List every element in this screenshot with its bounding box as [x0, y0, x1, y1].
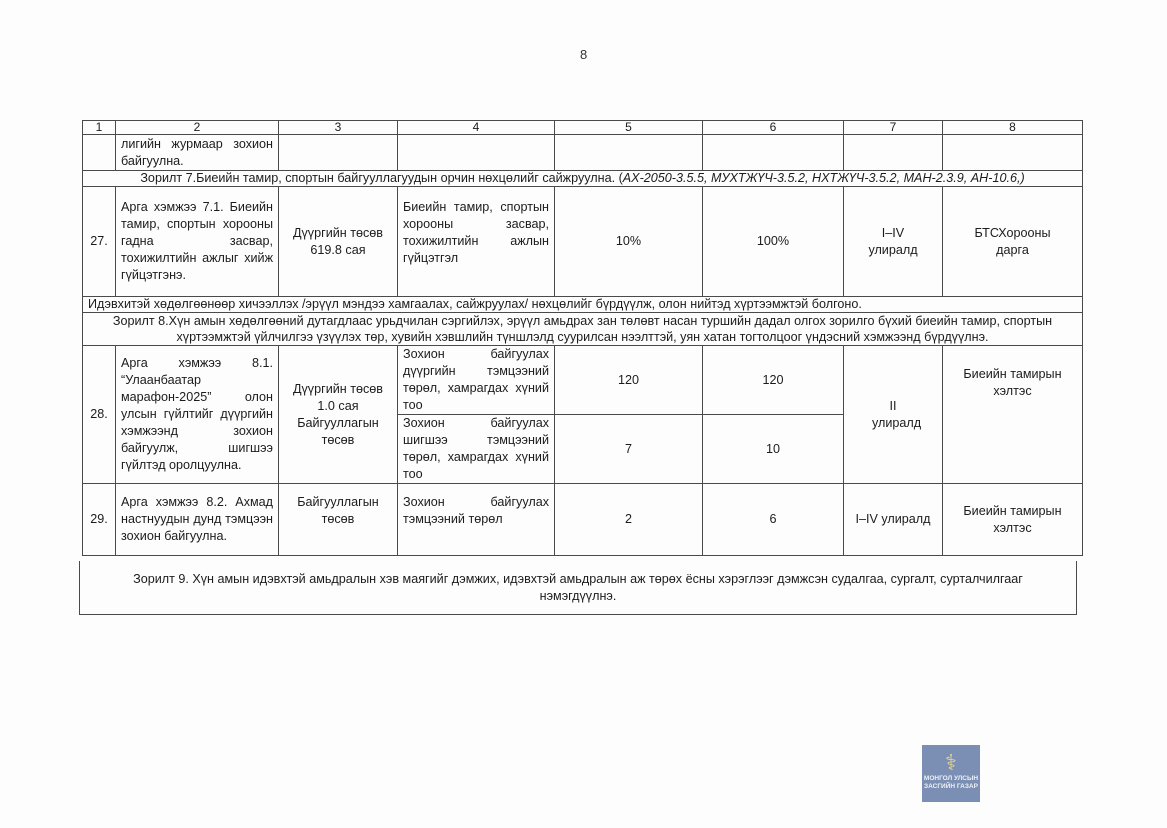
budget: Дүүргийн төсөв 619.8 сая	[279, 187, 398, 297]
responsible: БТСХорооны дарга	[943, 187, 1083, 297]
col-header-7: 7	[844, 121, 943, 135]
goal-9: Зорилт 9. Хүн амын идэвхтэй амьдралын хэ…	[80, 561, 1077, 615]
goal-9-row: Зорилт 9. Хүн амын идэвхтэй амьдралын хэ…	[80, 561, 1077, 615]
target: 6	[703, 484, 844, 556]
indicator-1: Зохион байгуулах дүүргийн тэмцээний төрө…	[398, 346, 555, 415]
target-2: 10	[703, 415, 844, 484]
baseline: 10%	[555, 187, 703, 297]
soyombo-icon: ⚕	[945, 751, 957, 775]
action: Арга хэмжээ 7.1. Биеийн тамир, спортын х…	[116, 187, 279, 297]
table-row-continued: лигийн журмаар зохион байгуулна.	[83, 135, 1083, 171]
col-header-5: 5	[555, 121, 703, 135]
goal-7: Зорилт 7.Биеийн тамир, спортын байгуулла…	[83, 171, 1083, 187]
period: I–IV улиралд	[844, 484, 943, 556]
goal-8: Зорилт 8.Хүн амын хөдөлгөөний дутагдлаас…	[83, 313, 1083, 346]
row-number: 27.	[83, 187, 116, 297]
col-header-8: 8	[943, 121, 1083, 135]
table-row-27: 27. Арга хэмжээ 7.1. Биеийн тамир, спорт…	[83, 187, 1083, 297]
page-number: 8	[580, 47, 587, 62]
period: II улиралд	[844, 346, 943, 484]
target: 100%	[703, 187, 844, 297]
goal-8-row: Зорилт 8.Хүн амын хөдөлгөөний дутагдлаас…	[83, 313, 1083, 346]
row-number: 29.	[83, 484, 116, 556]
objective-row: Идэвхитэй хөдөлгөөнөөр хичээллэх /эрүүл …	[83, 297, 1083, 313]
action: Арга хэмжээ 8.2. Ахмад настнуудын дунд т…	[116, 484, 279, 556]
col-header-6: 6	[703, 121, 844, 135]
budget: Байгууллагын төсөв	[279, 484, 398, 556]
government-emblem: ⚕ МОНГОЛ УЛСЫН ЗАСГИЙН ГАЗАР	[922, 745, 980, 802]
emblem-label: МОНГОЛ УЛСЫН ЗАСГИЙН ГАЗАР	[922, 775, 980, 791]
objective-line: Идэвхитэй хөдөлгөөнөөр хичээллэх /эрүүл …	[83, 297, 1083, 313]
baseline: 2	[555, 484, 703, 556]
period: I–IV улиралд	[844, 187, 943, 297]
indicator: Зохион байгуулах тэмцээний төрөл	[398, 484, 555, 556]
col-header-1: 1	[83, 121, 116, 135]
goal-9-table: Зорилт 9. Хүн амын идэвхтэй амьдралын хэ…	[79, 561, 1077, 615]
budget: Дүүргийн төсөв 1.0 сая Байгууллагын төсө…	[279, 346, 398, 484]
indicator: Биеийн тамир, спортын хорооны засвар, то…	[398, 187, 555, 297]
row-number: 28.	[83, 346, 116, 484]
table-row-28: 28. Арга хэмжээ 8.1. “Улаанбаатар марафо…	[83, 346, 1083, 415]
goal-7-references: АХ-2050-3.5.5, МУХТЖҮЧ-3.5.2, НХТЖҮЧ-3.5…	[623, 171, 1025, 185]
col-header-3: 3	[279, 121, 398, 135]
responsible: Биеийн тамирын хэлтэс	[943, 484, 1083, 556]
column-number-row: 1 2 3 4 5 6 7 8	[83, 121, 1083, 135]
indicator-2: Зохион байгуулах шигшээ тэмцээний төрөл,…	[398, 415, 555, 484]
continued-action: лигийн журмаар зохион байгуулна.	[116, 135, 279, 171]
goal-7-row: Зорилт 7.Биеийн тамир, спортын байгуулла…	[83, 171, 1083, 187]
baseline-1: 120	[555, 346, 703, 415]
responsible: Биеийн тамирын хэлтэс	[943, 346, 1083, 484]
target-1: 120	[703, 346, 844, 415]
action: Арга хэмжээ 8.1. “Улаанбаатар марафон-20…	[116, 346, 279, 484]
baseline-2: 7	[555, 415, 703, 484]
table-row-29: 29. Арга хэмжээ 8.2. Ахмад настнуудын ду…	[83, 484, 1083, 556]
action-plan-table: 1 2 3 4 5 6 7 8 лигийн журмаар зохион ба…	[82, 120, 1083, 556]
col-header-2: 2	[116, 121, 279, 135]
col-header-4: 4	[398, 121, 555, 135]
